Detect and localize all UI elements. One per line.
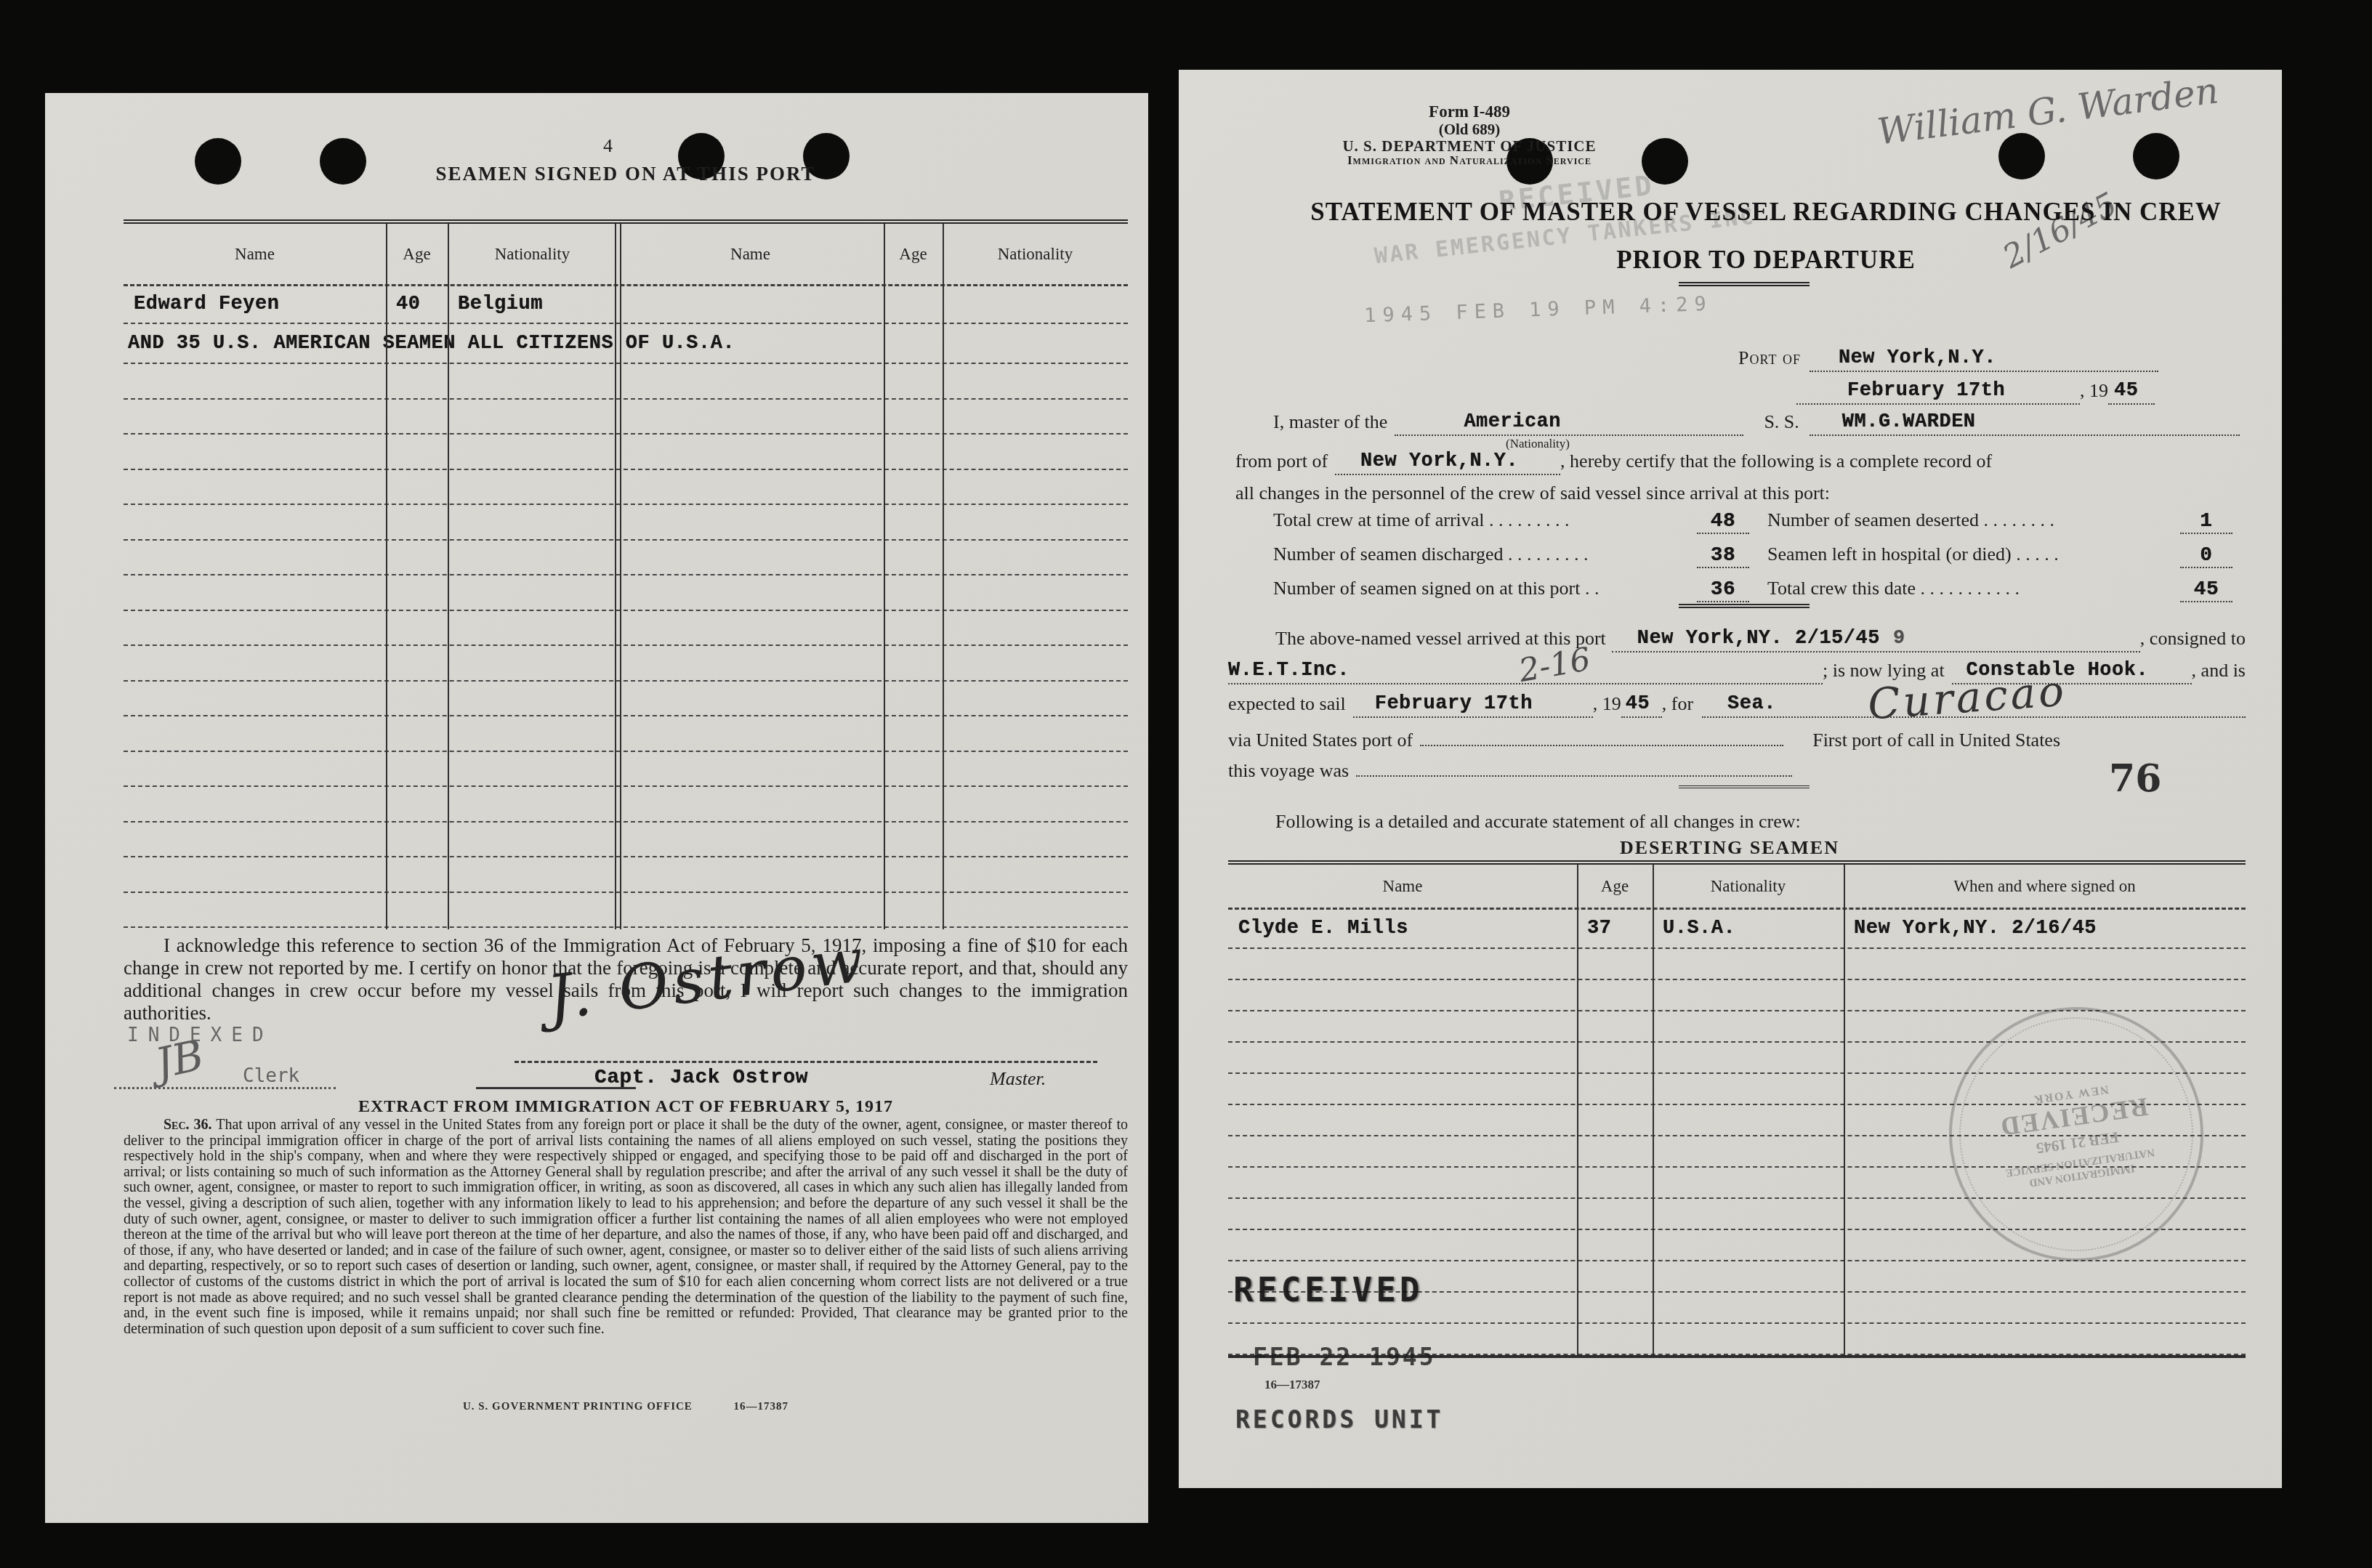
first-port-label: First port of call in United States: [1812, 730, 2060, 751]
column-header-name: Name: [1228, 877, 1577, 896]
empty-table-row: [124, 435, 1128, 470]
stat-left-in-hospital: Seamen left in hospital (or died) . . . …: [1767, 543, 2232, 568]
port-of-line: Port of New York,N.Y.: [1738, 347, 2158, 372]
stat-seamen-deserted: Number of seamen deserted . . . . . . . …: [1767, 509, 2232, 534]
voyage-label: this voyage was: [1228, 760, 1349, 782]
deserting-seamen-heading: DESERTING SEAMEN: [1257, 837, 2202, 859]
signature-underline: [476, 1087, 636, 1089]
printing-office-footer: U. S. GOVERNMENT PRINTING OFFICE 16—1738…: [124, 1401, 1128, 1413]
voyage-line: this voyage was: [1228, 760, 2246, 782]
year-field: 45: [2108, 381, 2155, 405]
old-form-number: (Old 689): [1310, 121, 1629, 138]
left-page-seamen-signed-on: 4 SEAMEN SIGNED ON AT THIS PORT Name Age…: [45, 93, 1148, 1523]
empty-table-row: [1228, 980, 2246, 1011]
punch-hole: [2133, 133, 2179, 179]
table-column-divider: [448, 224, 449, 929]
arrival-port-field: New York,NY. 2/15/45 9: [1612, 629, 2140, 652]
nationality-value: American: [1464, 411, 1561, 433]
extract-heading: EXTRACT FROM IMMIGRATION ACT OF FEBRUARY…: [124, 1097, 1128, 1117]
empty-table-row: [124, 611, 1128, 647]
table-row: Edward Feyen 40 Belgium: [124, 286, 1128, 324]
empty-table-row: [124, 505, 1128, 541]
empty-table-row: [124, 787, 1128, 823]
master-signature-typed: Capt. Jack Ostrow: [594, 1067, 808, 1089]
immigration-act-extract: Sec. 36. That upon arrival of any vessel…: [124, 1118, 1128, 1337]
from-port-line: from port of New York,N.Y. , hereby cert…: [1235, 450, 2246, 475]
stat-value-field: 38: [1697, 544, 1749, 568]
time-received-stamp: 1945 FEB 19 PM 4:29: [1364, 293, 1714, 328]
year-prefix: , 19: [2080, 380, 2108, 402]
department-name: U. S. DEPARTMENT OF JUSTICE: [1310, 138, 1629, 155]
table-column-divider: [1653, 865, 1654, 1355]
empty-table-row: [124, 470, 1128, 506]
stat-label: Number of seamen signed on at this port …: [1273, 578, 1599, 599]
column-header-nationality: Nationality: [1653, 877, 1844, 896]
stat-value-field: 1: [2180, 510, 2232, 534]
column-header-age: Age: [1577, 877, 1653, 896]
empty-table-row: [124, 716, 1128, 752]
for-label: , for: [1662, 693, 1693, 715]
table-column-divider: [386, 224, 387, 929]
stat-value-field: 36: [1697, 578, 1749, 602]
deserter-name: Clyde E. Mills: [1228, 918, 1577, 939]
stat-total-crew-this-date: Total crew this date . . . . . . . . . .…: [1767, 578, 2232, 602]
right-page-master-statement: Form I-489 (Old 689) U. S. DEPARTMENT OF…: [1179, 70, 2282, 1488]
year-value: 45: [2114, 380, 2138, 402]
section-rule: [1679, 604, 1810, 608]
sail-year-field: 45: [1621, 695, 1662, 718]
date-line: February 17th , 19 45: [1796, 380, 2155, 405]
table-column-divider: [943, 224, 944, 929]
column-header-age: Age: [386, 245, 448, 264]
statement-title-line2: PRIOR TO DEPARTURE: [1257, 246, 2275, 275]
stray-digit: 9: [1893, 628, 1905, 650]
records-unit-stamp: RECORDS UNIT: [1235, 1405, 1443, 1434]
form-number: Form I-489: [1310, 103, 1629, 121]
stat-label: Number of seamen deserted . . . . . . . …: [1767, 509, 2054, 531]
stat-value: 45: [2194, 578, 2219, 601]
section-lead: Sec. 36.: [124, 1117, 212, 1133]
nationality-caption: (Nationality): [1506, 437, 1570, 451]
sail-date-value: February 17th: [1375, 693, 1533, 715]
column-header-age: Age: [884, 245, 943, 264]
sail-label: expected to sail: [1228, 693, 1346, 715]
column-header-nationality: Nationality: [943, 245, 1128, 264]
stat-seamen-discharged: Number of seamen discharged . . . . . . …: [1273, 543, 1749, 568]
sail-year-value: 45: [1626, 693, 1650, 715]
date-value: February 17th: [1847, 380, 2005, 402]
received-stamp: RECEIVED: [1233, 1270, 1424, 1309]
table-column-divider: [1844, 865, 1845, 1355]
nationality-field: American: [1395, 413, 1743, 436]
seaman-name: Edward Feyen: [124, 294, 386, 315]
service-name: Immigration and Naturalization Service: [1310, 154, 1629, 167]
empty-table-row: [124, 752, 1128, 788]
received-date-stamp: FEB 22 1945: [1253, 1343, 1436, 1371]
section-body: That upon arrival of any vessel in the U…: [124, 1117, 1128, 1337]
column-header-name: Name: [124, 245, 386, 264]
stat-value-field: 48: [1697, 510, 1749, 534]
stat-label: Total crew this date . . . . . . . . . .…: [1767, 578, 2020, 599]
deserter-nationality: U.S.A.: [1653, 918, 1844, 939]
printer-credit: U. S. GOVERNMENT PRINTING OFFICE: [463, 1401, 693, 1413]
statement-title-line1: STATEMENT OF MASTER OF VESSEL REGARDING …: [1257, 198, 2275, 227]
section-rule: [1679, 785, 1810, 788]
stat-signed-on-at-port: Number of seamen signed on at this port …: [1273, 578, 1749, 602]
stat-value-field: 0: [2180, 544, 2232, 568]
stat-value: 1: [2200, 510, 2212, 533]
title-rule: [1679, 282, 1810, 286]
empty-table-row: [124, 541, 1128, 576]
print-number: 16—17387: [1264, 1378, 1320, 1392]
following-statement-text: Following is a detailed and accurate sta…: [1235, 811, 1801, 833]
sail-line: expected to sail February 17th , 19 45 ,…: [1228, 693, 2246, 718]
table-column-divider: [1577, 865, 1578, 1355]
consigned-label: , consigned to: [2140, 628, 2246, 650]
empty-table-row: [124, 575, 1128, 611]
handwritten-page-mark: 76: [2109, 756, 2161, 801]
via-port-line: via United States port of First port of …: [1228, 730, 2246, 751]
arrival-port-value: New York,NY. 2/15/45: [1637, 628, 1880, 650]
empty-table-row: [124, 364, 1128, 400]
voyage-field: [1356, 775, 1792, 777]
empty-table-row: [124, 857, 1128, 893]
stat-value: 36: [1711, 578, 1736, 601]
table-header-row: Name Age Nationality Name Age Nationalit…: [124, 224, 1128, 286]
sail-date-field: February 17th: [1353, 695, 1593, 718]
seaman-nationality: Belgium: [448, 294, 617, 315]
empty-table-row: [1228, 949, 2246, 980]
stat-value: 0: [2200, 544, 2212, 567]
arrival-line: The above-named vessel arrived at this p…: [1235, 628, 2246, 652]
punch-hole: [1998, 133, 2045, 179]
column-header-name: Name: [617, 245, 884, 264]
stat-value-field: 45: [2180, 578, 2232, 602]
destination-value: Sea.: [1727, 693, 1776, 715]
ss-label: S. S.: [1764, 411, 1799, 433]
consignee-value: W.E.T.Inc.: [1228, 660, 1350, 682]
page-number: 4: [603, 135, 613, 157]
consignee-line: W.E.T.Inc. 2-16 ; is now lying at Consta…: [1228, 660, 2246, 684]
via-label: via United States port of: [1228, 730, 1413, 751]
port-value: New York,N.Y.: [1839, 347, 1996, 369]
clerk-initials-handwriting: JB: [151, 1030, 209, 1088]
crew-summary-note: AND 35 U.S. AMERICAN SEAMEN ALL CITIZENS…: [128, 333, 735, 355]
deserter-signed-on: New York,NY. 2/16/45: [1844, 918, 2246, 939]
empty-table-row: [124, 682, 1128, 717]
vessel-name-field: WM.G.WARDEN: [1810, 413, 2240, 436]
table-column-divider: [884, 224, 885, 929]
from-port-field: New York,N.Y.: [1335, 452, 1560, 475]
via-port-field: [1420, 745, 1783, 746]
port-field: New York,N.Y.: [1810, 349, 2158, 372]
seamen-signed-on-table: Name Age Nationality Name Age Nationalit…: [124, 219, 1128, 925]
table-row-spanning-note: AND 35 U.S. AMERICAN SEAMEN ALL CITIZENS…: [124, 324, 1128, 364]
stat-total-crew-arrival: Total crew at time of arrival . . . . . …: [1273, 509, 1749, 534]
master-nationality-line: I, master of the American S. S. WM.G.WAR…: [1273, 411, 2240, 436]
changes-record-text: all changes in the personnel of the crew…: [1235, 482, 1830, 504]
print-number: 16—17387: [734, 1401, 789, 1413]
table-column-divider: [620, 224, 621, 929]
empty-table-row: [124, 646, 1128, 682]
left-page-title: SEAMEN SIGNED ON AT THIS PORT: [124, 163, 1128, 185]
date-field: February 17th: [1796, 381, 2080, 405]
from-port-label: from port of: [1235, 450, 1328, 472]
clerk-signature-line: [114, 1087, 336, 1089]
stat-value: 48: [1711, 510, 1736, 533]
scanned-document: { "left_page": { "page_number": "4", "ti…: [0, 0, 2372, 1568]
empty-table-rows: [124, 364, 1128, 928]
empty-table-row: [124, 893, 1128, 929]
arrival-label: The above-named vessel arrived at this p…: [1235, 628, 1606, 650]
signature-line: [515, 1061, 1097, 1063]
column-header-signed-on: When and where signed on: [1844, 877, 2246, 896]
master-caption: Master.: [990, 1068, 1046, 1090]
master-intro: I, master of the: [1273, 411, 1387, 433]
from-port-value: New York,N.Y.: [1360, 450, 1518, 472]
column-header-nationality: Nationality: [448, 245, 617, 264]
clerk-caption: Clerk: [243, 1065, 299, 1087]
deserter-age: 37: [1577, 918, 1653, 939]
sail-year-prefix: , 19: [1593, 693, 1621, 715]
form-identification-block: Form I-489 (Old 689) U. S. DEPARTMENT OF…: [1310, 103, 1629, 168]
port-of-label: Port of: [1738, 347, 1801, 369]
empty-table-row: [124, 823, 1128, 858]
stat-label: Total crew at time of arrival . . . . . …: [1273, 509, 1570, 531]
seaman-age: 40: [386, 294, 448, 315]
table-header-row: Name Age Nationality When and where sign…: [1228, 865, 2246, 910]
certify-text: , hereby certify that the following is a…: [1560, 450, 1992, 472]
vessel-name-value: WM.G.WARDEN: [1842, 411, 1976, 433]
stat-value: 38: [1711, 544, 1736, 567]
table-column-divider: [615, 224, 616, 929]
empty-table-row: [124, 400, 1128, 435]
stamp-service-text: IMMIGRATION AND NATURALIZATION SERVICE: [2000, 1145, 2162, 1192]
table-row: Clyde E. Mills 37 U.S.A. New York,NY. 2/…: [1228, 910, 2246, 949]
and-is-label: , and is: [2192, 660, 2246, 682]
stat-label: Seamen left in hospital (or died) . . . …: [1767, 543, 2059, 565]
stat-label: Number of seamen discharged . . . . . . …: [1273, 543, 1588, 565]
